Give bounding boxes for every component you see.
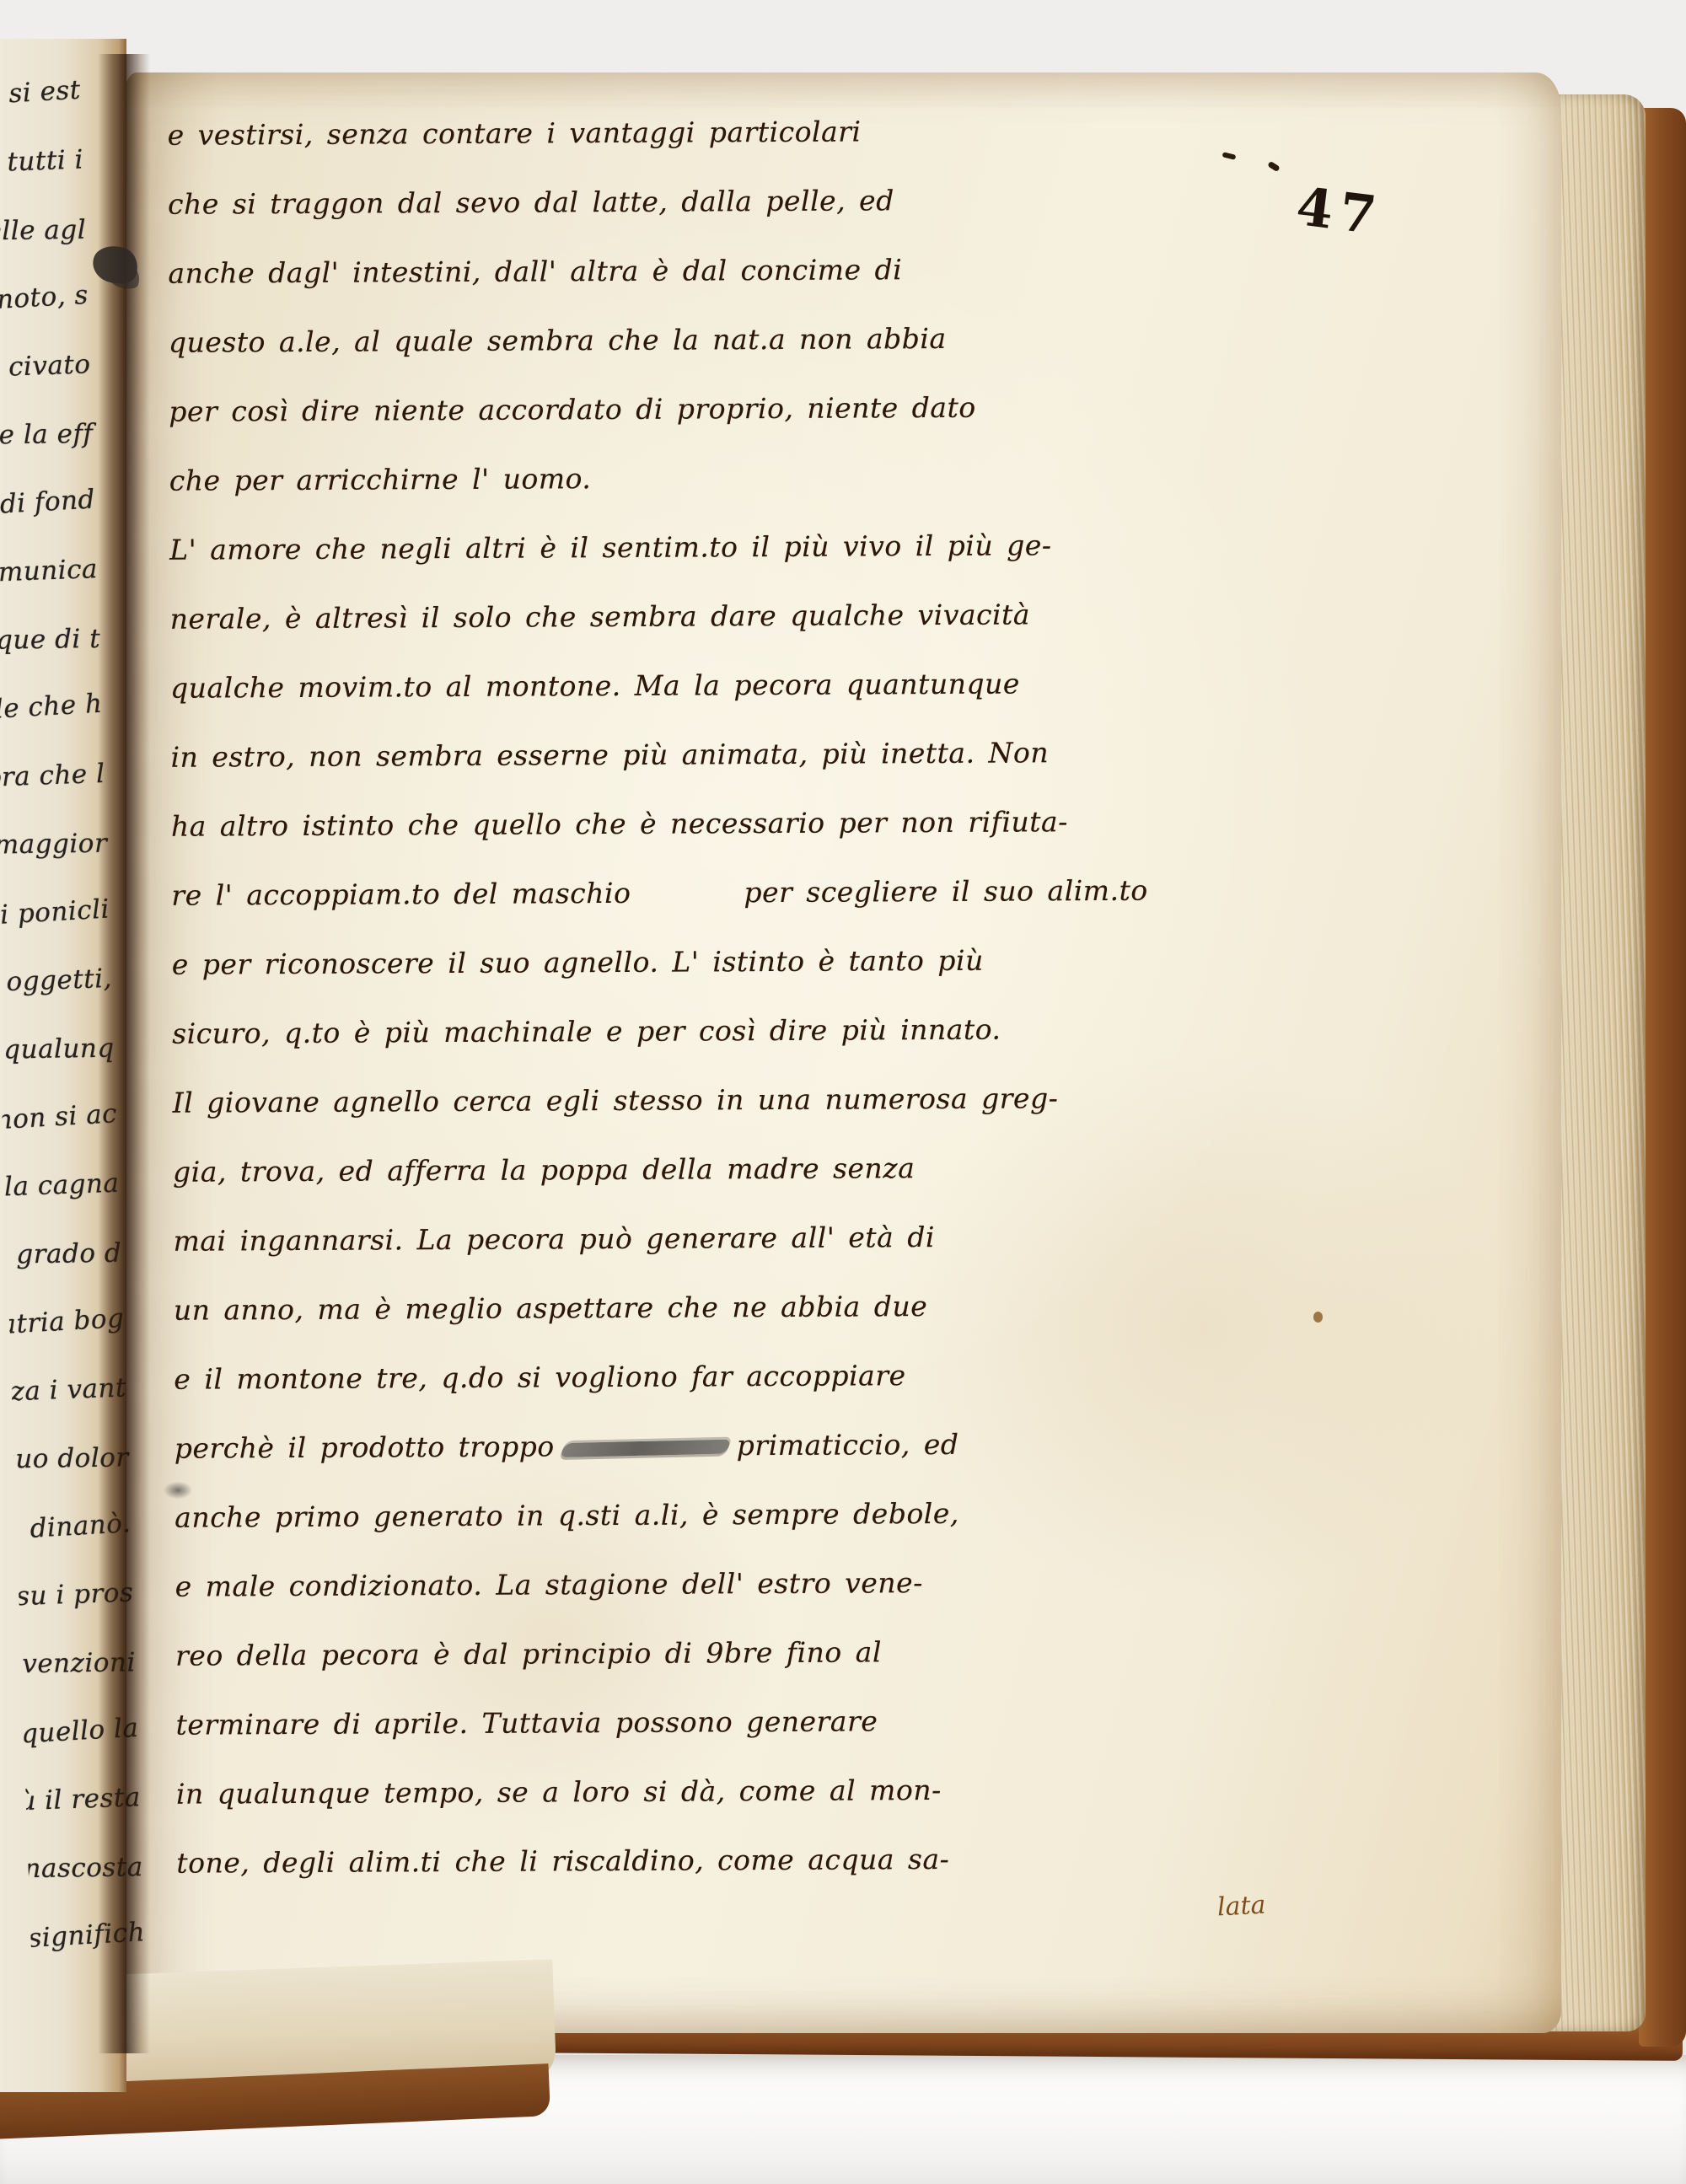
left-page-line-fragment: mammelle agl bbox=[0, 215, 86, 248]
manuscript-line: L' amore che negli altri è il sentim.to … bbox=[169, 509, 1375, 584]
manuscript-line: per così dire niente accordato di propri… bbox=[169, 371, 1374, 446]
manuscript-line: tone, degli alim.ti che li riscaldino, c… bbox=[176, 1822, 1382, 1897]
left-page-line-fragment: che la eff bbox=[0, 419, 94, 451]
left-page-line-fragment: zo, di fond bbox=[0, 484, 96, 522]
left-page-line-fragment: ro comunica bbox=[0, 554, 99, 590]
manuscript-line: e per riconoscere il suo agnello. L' ist… bbox=[172, 924, 1377, 999]
left-page-line-fragment: no tutti i bbox=[0, 144, 84, 179]
manuscript-line: anche primo generato in q.sti a.li, è se… bbox=[175, 1477, 1380, 1552]
left-page-line-fragment: capra che l bbox=[0, 759, 105, 794]
left-page-line-fragment: oggetti, bbox=[6, 963, 113, 997]
left-page-line-fragment: o maggior bbox=[0, 829, 108, 861]
manuscript-line: terminare di aprile. Tuttavia possono ge… bbox=[175, 1684, 1381, 1759]
page-stack-fore-edge bbox=[1548, 94, 1646, 2031]
pencil-smudge bbox=[158, 1478, 197, 1502]
left-page-line-fragment: , che si est bbox=[0, 75, 82, 114]
left-page-line-fragment: civato bbox=[8, 349, 91, 382]
manuscript-line: in qualunque tempo, se a loro si dà, com… bbox=[176, 1753, 1382, 1828]
manuscript-text-block: e vestirsi, senza contare i vantaggi par… bbox=[167, 94, 1382, 1897]
right-page: e vestirsi, senza contare i vantaggi par… bbox=[123, 72, 1561, 2033]
manuscript-line: un anno, ma è meglio aspettare che ne ab… bbox=[174, 1269, 1379, 1344]
manuscript-line: in estro, non sembra esserne più animata… bbox=[170, 716, 1376, 791]
manuscript-line: mai ingannarsi. La pecora può generare a… bbox=[173, 1200, 1378, 1275]
manuscript-line: Il giovane agnello cerca egli stesso in … bbox=[172, 1062, 1377, 1137]
manuscript-line: che si traggon dal sevo dal latte, dalla… bbox=[168, 164, 1373, 239]
left-page-line-fragment: runque di t bbox=[0, 624, 100, 657]
manuscript-line: nerale, è altresì il solo che sembra dar… bbox=[169, 578, 1375, 653]
manuscript-line: e il montone tre, q.do si vogliono far a… bbox=[174, 1339, 1379, 1414]
manuscript-line: e male condizionato. La stagione dell' e… bbox=[175, 1546, 1380, 1621]
left-page-line-fragment: a noto, s bbox=[0, 280, 89, 317]
manuscript-line: anche dagl' intestini, dall' altra è dal… bbox=[168, 233, 1373, 308]
manuscript-line: gia, trova, ed afferra la poppa della ma… bbox=[173, 1131, 1378, 1206]
book-cover-right-edge bbox=[1639, 108, 1686, 2047]
manuscript-line: perchè il prodotto troppoprimaticcio, ed bbox=[175, 1408, 1380, 1483]
manuscript-line: questo a.le, al quale sembra che la nat.… bbox=[169, 302, 1374, 377]
scribbled-out-word bbox=[559, 1439, 732, 1457]
rust-stain bbox=[1313, 1312, 1323, 1323]
book-gutter-shadow bbox=[98, 54, 150, 2053]
manuscript-line: qualche movim.to al montone. Ma la pecor… bbox=[170, 647, 1376, 722]
left-page-line-fragment: i ponicli bbox=[0, 894, 110, 931]
manuscript-line: e vestirsi, senza contare i vantaggi par… bbox=[167, 94, 1372, 169]
manuscript-line: sicuro, q.to è più machinale e per così … bbox=[172, 993, 1377, 1068]
page-number-stamp: 47 bbox=[1293, 175, 1386, 247]
manuscript-line: che per arricchirne l' uomo. bbox=[169, 440, 1375, 515]
manuscript-line: reo della pecora è dal principio di 9bre… bbox=[175, 1615, 1381, 1690]
manuscript-line: ha altro istinto che quello che è necess… bbox=[171, 786, 1377, 861]
manuscript-line: re l' accoppiam.to del maschio per scegl… bbox=[171, 855, 1377, 930]
catchword: lata bbox=[1216, 1891, 1266, 1923]
left-page-line-fragment: e quelle che h bbox=[0, 689, 103, 730]
